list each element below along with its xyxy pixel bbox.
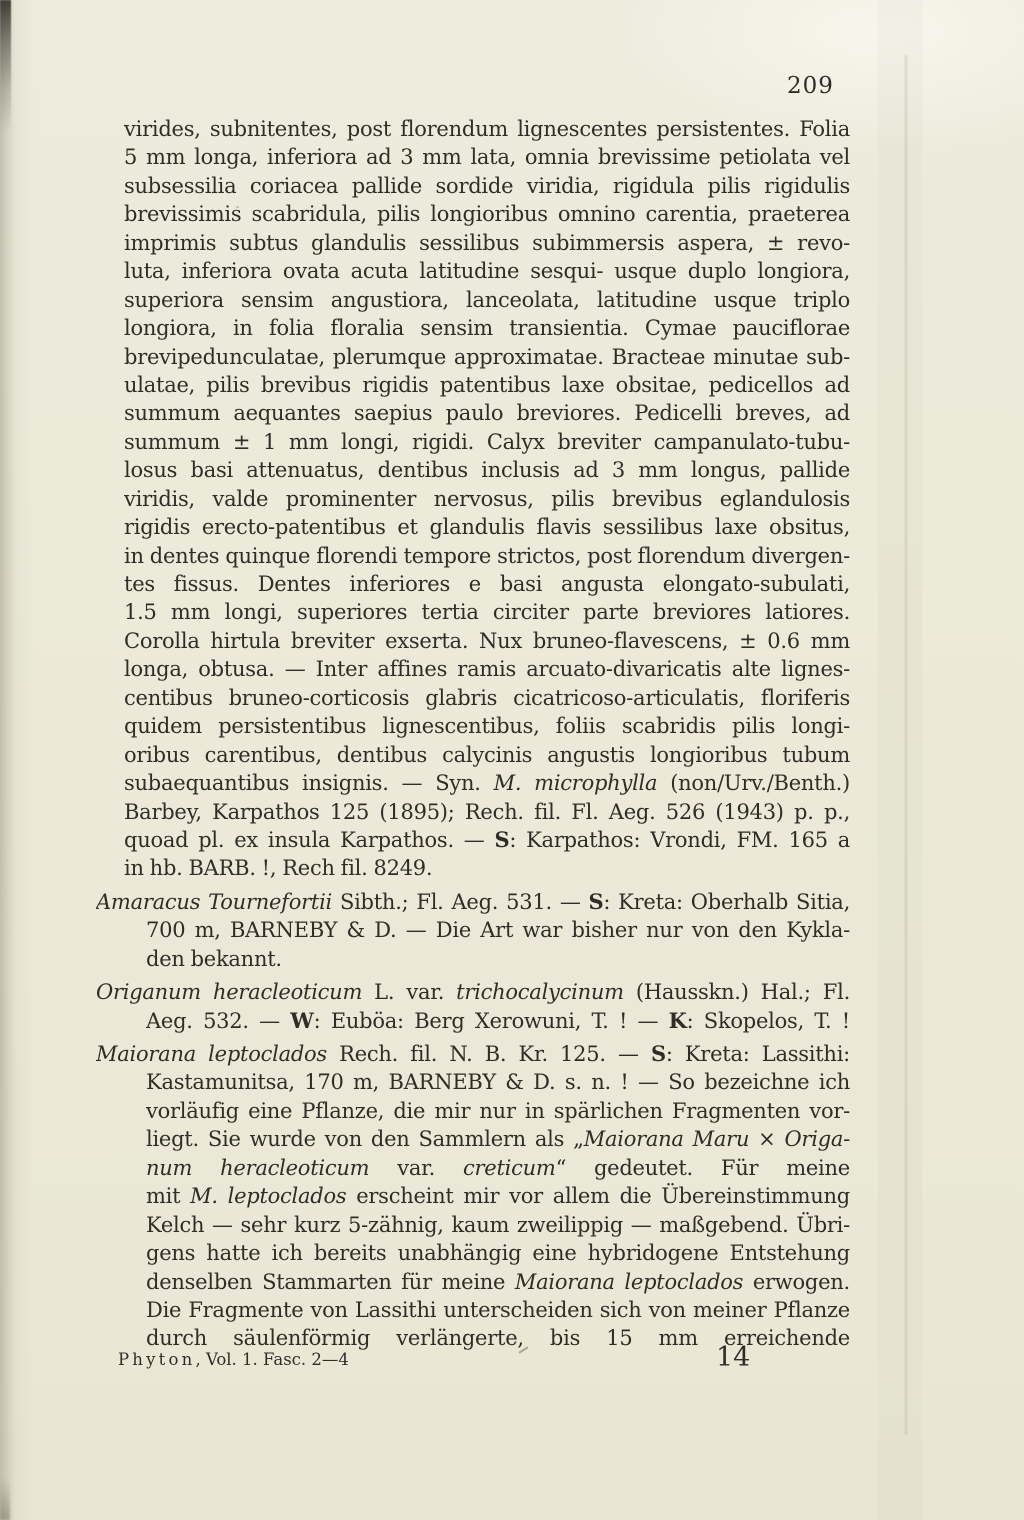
text-line: brevipedunculatae, plerumque approximata…	[124, 343, 850, 371]
text-line: Amaracus Tournefortii Sibth.; Fl. Aeg. 5…	[96, 888, 850, 916]
text-line: virides, subnitentes, post florendum lig…	[124, 115, 850, 143]
species-entry-origanum-heracleoticum: Origanum heracleoticum L. var. trichocal…	[96, 978, 850, 1035]
text-line: longiora, in folia floralia sensim trans…	[124, 314, 850, 342]
text-line: oribus carentibus, dentibus calycinis an…	[124, 741, 850, 769]
text-line: summum ± 1 mm longi, rigidi. Calyx brevi…	[124, 428, 850, 456]
text-line: 5 mm longa, inferiora ad 3 mm lata, omni…	[124, 143, 850, 171]
text-line: Aeg. 532. — W: Euböa: Berg Xerowuni, T. …	[146, 1007, 850, 1035]
text-line: gens hatte ich bereits unabhängig eine h…	[146, 1239, 850, 1267]
scan-edge-shadow	[0, 0, 16, 1520]
text-line: subsessilia coriacea pallide sordide vir…	[124, 172, 850, 200]
text-line: durch säulenförmig verlängerte, bis 15 m…	[146, 1324, 850, 1352]
text-line: Die Fragmente von Lassithi unterscheiden…	[146, 1296, 850, 1324]
text-line: quoad pl. ex insula Karpathos. — S: Karp…	[124, 826, 850, 854]
page-number: 209	[787, 75, 834, 98]
journal-citation: Phyton, Vol. 1. Fasc. 2—4	[118, 1352, 349, 1369]
text-line: denselben Stammarten für meine Maiorana …	[146, 1268, 850, 1296]
species-entry-amaracus-tournefortii: Amaracus Tournefortii Sibth.; Fl. Aeg. 5…	[96, 888, 850, 973]
text-line: superiora sensim angustiora, lanceolata,…	[124, 286, 850, 314]
text-line: ulatae, pilis brevibus rigidis patentibu…	[124, 371, 850, 399]
scan-artifact-band	[878, 0, 922, 1520]
text-line: luta, inferiora ovata acuta latitudine s…	[124, 257, 850, 285]
text-line: den bekannt.	[146, 945, 850, 973]
species-entry-maiorana-leptoclados: Maiorana leptoclados Rech. fil. N. B. Kr…	[96, 1040, 850, 1353]
text-line: 1.5 mm longi, superiores tertia circiter…	[124, 598, 850, 626]
text-line: liegt. Sie wurde von den Sammlern als „M…	[146, 1125, 850, 1153]
latin-description-paragraph: virides, subnitentes, post florendum lig…	[124, 115, 850, 883]
text-line: losus basi attenuatus, dentibus inclusis…	[124, 456, 850, 484]
text-line: mit M. leptoclados erscheint mir vor all…	[146, 1182, 850, 1210]
text-line: subaequantibus insignis. — Syn. M. micro…	[124, 769, 850, 797]
text-line: Kelch — sehr kurz 5-zähnig, kaum zweilip…	[146, 1211, 850, 1239]
text-line: Corolla hirtula breviter exserta. Nux br…	[124, 627, 850, 655]
text-line: imprimis subtus glandulis sessilibus sub…	[124, 229, 850, 257]
scan-artifact-streak	[905, 55, 907, 1435]
text-line: Kastamunitsa, 170 m, BARNEBY & D. s. n. …	[146, 1068, 850, 1096]
text-line: rigidis erecto-patentibus et glandulis f…	[124, 513, 850, 541]
text-line: Maiorana leptoclados Rech. fil. N. B. Kr…	[96, 1040, 850, 1068]
text-line: 700 m, BARNEBY & D. — Die Art war bisher…	[146, 916, 850, 944]
text-line: summum aequantes saepius paulo breviores…	[124, 399, 850, 427]
text-line: in hb. BARB. !, Rech fil. 8249.	[124, 854, 850, 882]
text-line: Barbey, Karpathos 125 (1895); Rech. fil.…	[124, 798, 850, 826]
page-text: virides, subnitentes, post florendum lig…	[96, 115, 850, 1353]
text-line: num heracleoticum var. creticum“ gedeute…	[146, 1154, 850, 1182]
text-line: centibus bruneo-corticosis glabris cicat…	[124, 684, 850, 712]
scan-artifact-corner-bottom	[0, 1478, 10, 1520]
text-line: vorläufig eine Pflanze, die mir nur in s…	[146, 1097, 850, 1125]
scanned-page: 209 virides, subnitentes, post florendum…	[0, 0, 1024, 1520]
scan-artifact-corner-top	[0, 0, 11, 132]
text-line: brevissimis scabridula, pilis longioribu…	[124, 200, 850, 228]
text-line: in dentes quinque florendi tempore stric…	[124, 542, 850, 570]
text-line: quidem persistentibus lignescentibus, fo…	[124, 712, 850, 740]
text-line: tes fissus. Dentes inferiores e basi ang…	[124, 570, 850, 598]
text-line: Origanum heracleoticum L. var. trichocal…	[96, 978, 850, 1006]
text-line: longa, obtusa. — Inter affines ramis arc…	[124, 655, 850, 683]
text-line: viridis, valde prominenter nervosus, pil…	[124, 485, 850, 513]
